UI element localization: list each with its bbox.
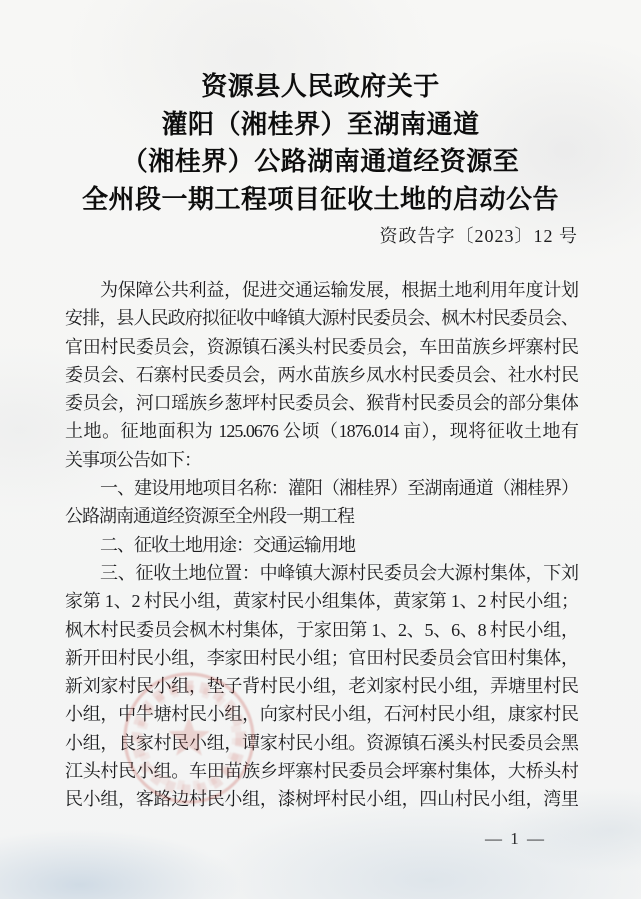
text-line: 安排，县人民政府拟征收中峰镇大源村民委员会、枫木村民委员会、 <box>65 304 578 332</box>
text-line: 小组，良家村民小组，谭家村民小组。资源镇石溪头村民委员会黑 <box>65 729 578 757</box>
paragraph: 为保障公共利益，促进交通运输发展，根据土地利用年度计划安排，县人民政府拟征收中峰… <box>65 276 578 474</box>
text-line: 土地。征地面积为 125.0676 公顷（1876.014 亩），现将征收土地有 <box>65 417 578 445</box>
title-line: 灌阳（湘桂界）至湖南通道 <box>0 106 641 144</box>
paragraph: 一、建设用地项目名称：灌阳（湘桂界）至湖南通道（湘桂界）公路湖南通道经资源至全州… <box>65 474 578 531</box>
text-line: 二、征收土地用途：交通运输用地 <box>65 531 578 559</box>
text-line: 委员会、石寨村民委员会，两水苗族乡凤水村民委员会、社水村民 <box>65 361 578 389</box>
document-body: 为保障公共利益，促进交通运输发展，根据土地利用年度计划安排，县人民政府拟征收中峰… <box>65 276 578 814</box>
text-line: 公路湖南通道经资源至全州段一期工程 <box>65 502 578 530</box>
title-line: 资源县人民政府关于 <box>0 68 641 106</box>
title-line: （湘桂界）公路湖南通道经资源至 <box>0 143 641 181</box>
text-line: 一、建设用地项目名称：灌阳（湘桂界）至湖南通道（湘桂界） <box>65 474 578 502</box>
text-line: 新刘家村民小组，垫子背村民小组，老刘家村民小组，弄塘里村民 <box>65 672 578 700</box>
text-line: 三、征收土地位置：中峰镇大源村民委员会大源村集体，下刘 <box>65 559 578 587</box>
text-line: 江头村民小组。车田苗族乡坪寨村民委员会坪寨村集体，大桥头村 <box>65 757 578 785</box>
document-title: 资源县人民政府关于灌阳（湘桂界）至湖南通道（湘桂界）公路湖南通道经资源至全州段一… <box>0 68 641 218</box>
page-number: — 1 — <box>0 829 546 849</box>
paragraph: 三、征收土地位置：中峰镇大源村民委员会大源村集体，下刘家第 1、2 村民小组，黄… <box>65 559 578 814</box>
paragraph: 二、征收土地用途：交通运输用地 <box>65 531 578 559</box>
text-line: 新开田村民小组，李家田村民小组；官田村民委员会官田村集体， <box>65 644 578 672</box>
document-number: 资政告字〔2023〕12 号 <box>65 224 578 248</box>
text-line: 枫木村民委员会枫木村集体，于家田第 1、2、5、6、8 村民小组， <box>65 616 578 644</box>
text-line: 官田村民委员会，资源镇石溪头村民委员会，车田苗族乡坪寨村民 <box>65 333 578 361</box>
title-line: 全州段一期工程项目征收土地的启动公告 <box>0 181 641 219</box>
text-line: 小组，中牛塘村民小组，向家村民小组，石河村民小组，康家村民 <box>65 700 578 728</box>
text-line: 家第 1、2 村民小组，黄家村民小组集体，黄家第 1、2 村民小组； <box>65 587 578 615</box>
text-line: 民小组，客路边村民小组，漆树坪村民小组，四山村民小组，湾里 <box>65 785 578 813</box>
text-line: 关事项公告如下： <box>65 446 578 474</box>
text-line: 委员会，河口瑶族乡葱坪村民委员会、猴背村民委员会的部分集体 <box>65 389 578 417</box>
text-line: 为保障公共利益，促进交通运输发展，根据土地利用年度计划 <box>65 276 578 304</box>
scanned-document-page: { "page": { "kind": "scanned official an… <box>0 0 641 899</box>
